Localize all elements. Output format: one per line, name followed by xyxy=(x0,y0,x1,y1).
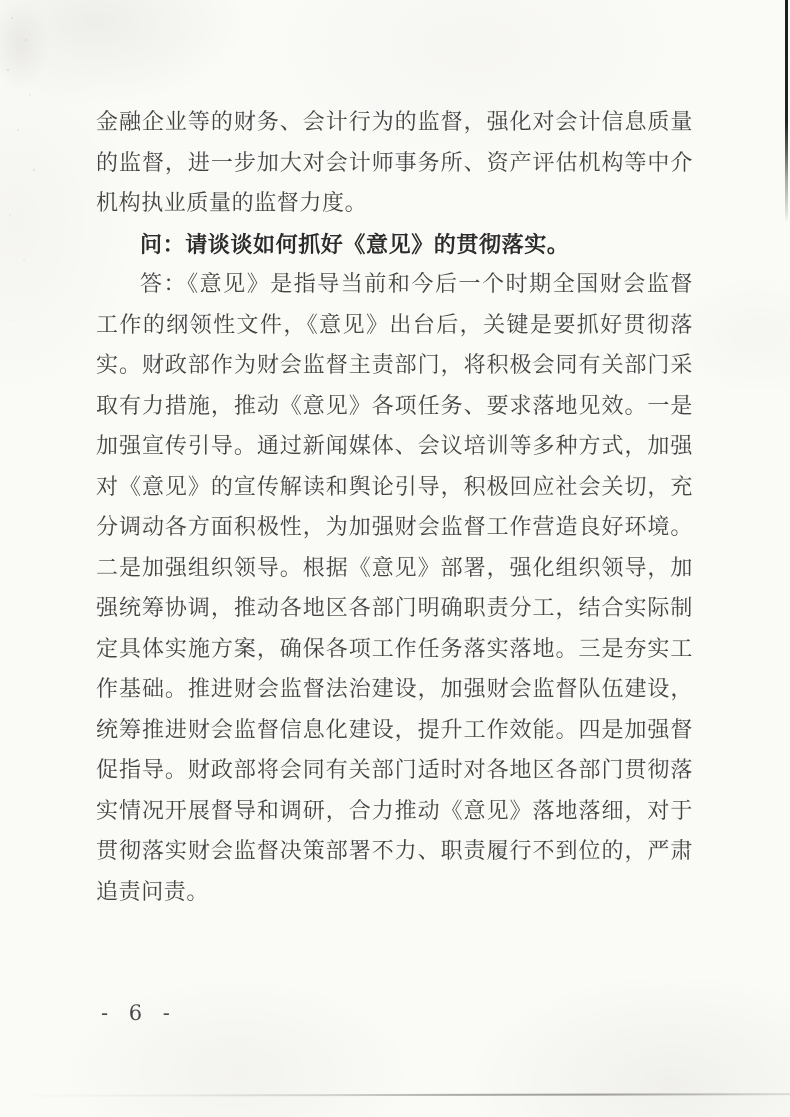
page-number: - 6 - xyxy=(101,1001,177,1025)
paragraph-continuation: 金融企业等的财务、会计行为的监督，强化对会计信息质量的监督，进一步加大对会计师事… xyxy=(96,103,693,225)
scan-artifact-bottom-line xyxy=(0,1093,790,1097)
scanned-document-page: { "page": { "kind": "scanned government … xyxy=(0,0,790,1117)
scan-noise-top-left xyxy=(0,0,60,380)
scan-artifact-right-edge-line xyxy=(785,0,788,222)
document-body: 金融企业等的财务、会计行为的监督，强化对会计信息质量的监督，进一步加大对会计师事… xyxy=(96,103,693,913)
paragraph-answer: 答：《意见》是指导当前和今后一个时期全国财会监督工作的纲领性文件，《意见》出台后… xyxy=(96,265,693,913)
paragraph-question: 问：请谈谈如何抓好《意见》的贯彻落实。 xyxy=(96,225,693,266)
